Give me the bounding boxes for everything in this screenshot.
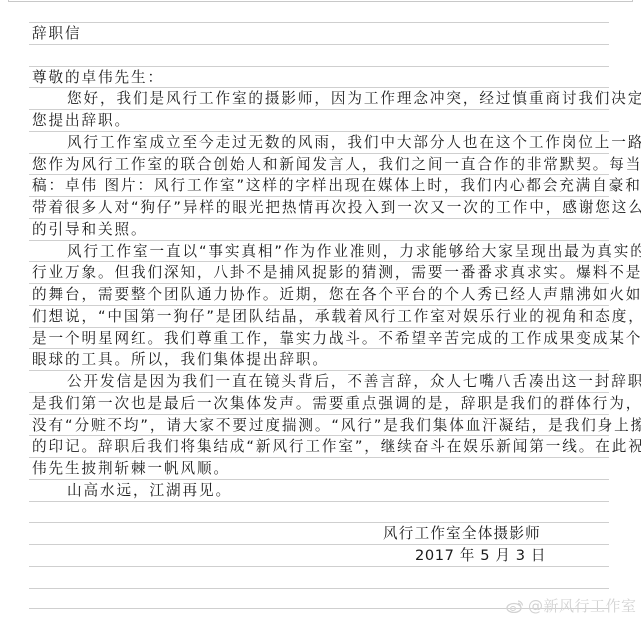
weibo-icon [506, 599, 524, 613]
body-line: 们想说，“中国第一狗仔”是团队结晶，承载着风行工作室对娱乐行业的视角和态度，而不 [29, 305, 609, 327]
body-line: 眼球的工具。所以，我们集体提出辞职。 [29, 348, 609, 370]
body-line: 是一个明星网红。我们尊重工作，靠实力战斗。不希望辛苦完成的工作成果变成某个个体搏 [29, 327, 609, 349]
watermark: @新风行工作室 [506, 595, 637, 616]
watermark-text: @新风行工作室 [528, 595, 637, 616]
resignation-letter: 辞职信 尊敬的卓伟先生： 您好，我们是风行工作室的摄影师，因为工作理念冲突，经过… [29, 22, 609, 609]
signature: 风行工作室全体摄影师 [29, 522, 609, 544]
salutation: 尊敬的卓伟先生： [29, 66, 609, 88]
body-line: 的舞台，需要整个团队通力协作。近期，您在各个平台的个人秀已经人声鼎沸如火如荼。我 [29, 283, 609, 305]
blank-line [29, 566, 609, 588]
body-line: 的引导和关照。 [29, 218, 609, 240]
body-line: 您提出辞职。 [29, 109, 609, 131]
date: 2017 年 5 月 3 日 [29, 544, 609, 566]
body-line: 带着很多人对“狗仔”异样的眼光把热情再次投入到一次又一次的工作中，感谢您这么多年 [29, 196, 609, 218]
body-line: 您好，我们是风行工作室的摄影师，因为工作理念冲突，经过慎重商讨我们决定集体向 [29, 87, 609, 109]
body-line: 没有“分赃不均”，请大家不要过度揣测。“风行”是我们集体血汗凝结，是我们身上擦不… [29, 414, 609, 436]
body-line: 风行工作室一直以“事实真相”作为作业准则，力求能够给大家呈现出最为真实的娱乐 [29, 240, 609, 262]
letter-title: 辞职信 [29, 22, 609, 44]
blank-line [29, 501, 609, 523]
border-tick [632, 0, 633, 2]
blank-line [29, 44, 609, 66]
closing-line: 山高水远，江湖再见。 [29, 479, 609, 501]
top-border [8, 1, 633, 2]
body-line: 的印记。辞职后我们将集结成“新风行工作室”，继续奋斗在娱乐新闻第一线。在此祝福卓 [29, 435, 609, 457]
body-line: 是我们第一次也是最后一次集体发声。需要重点强调的是，辞职是我们的群体行为，其中并 [29, 392, 609, 414]
border-tick [8, 0, 9, 2]
body-line: 伟先生披荆斩棘一帆风顺。 [29, 457, 609, 479]
body-line: 行业万象。但我们深知，八卦不是捕风捉影的猜测，需要一番番求真求实。爆料不是一个人 [29, 261, 609, 283]
body-line: 风行工作室成立至今走过无数的风雨，我们中大部分人也在这个工作岗位上一路相随。 [29, 131, 609, 153]
body-line: 公开发信是因为我们一直在镜头背后，不善言辞，众人七嘴八舌凑出这一封辞职信，这 [29, 370, 609, 392]
body-line: 您作为风行工作室的联合创始人和新闻发言人，我们之间一直合作的非常默契。每当看到“… [29, 153, 609, 175]
body-line: 稿：卓伟 图片：风行工作室”这样的字样出现在媒体上时，我们内心都会充满自豪和满足… [29, 174, 609, 196]
